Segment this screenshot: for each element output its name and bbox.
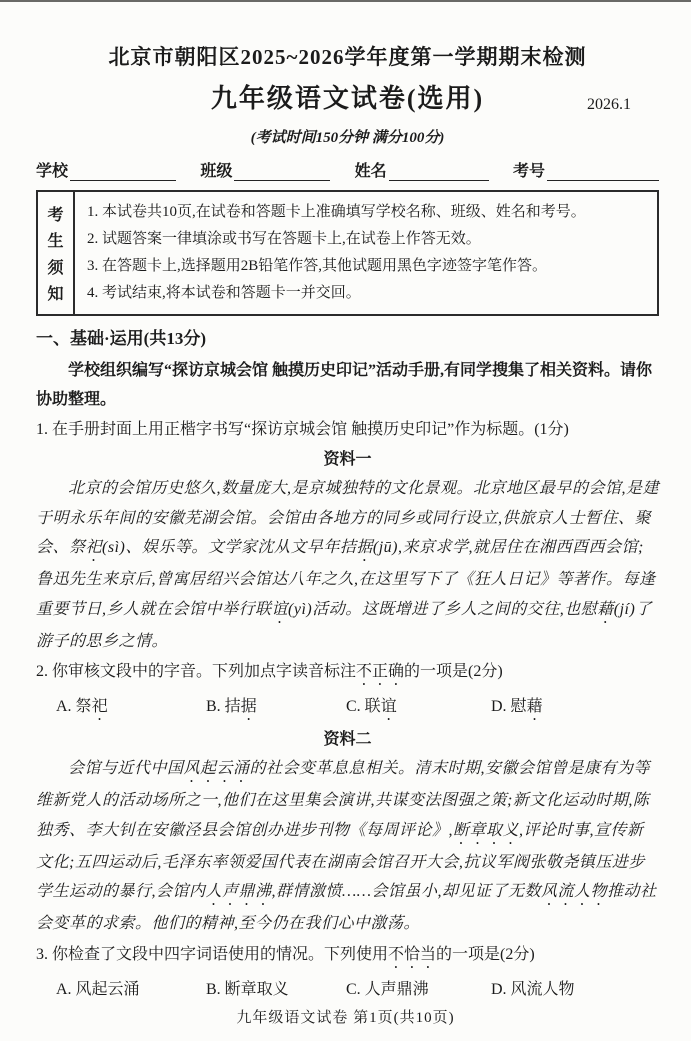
class-field: 班级 [200,158,330,181]
emphasized-text: 风流人物 [541,883,607,900]
emphasized-text: 藉 [597,601,614,618]
class-label: 班级 [200,158,232,181]
question-2-stem: 2. 你审核文段中的字音。下列加点字读音标注不正确的一项是(2分) [36,657,659,689]
material-1-title: 资料一 [36,445,659,474]
school-label: 学校 [36,158,68,181]
emphasized-text: 谊 [381,698,397,715]
notice-side-char: 须 [47,255,63,278]
school-field: 学校 [36,158,176,181]
notice-box: 考 生 须 知 1. 本试卷共10页,在试卷和答题卡上准确填写学校名称、班级、姓… [36,190,659,316]
text-segment: A. 祭 [56,698,92,715]
exam-number-field: 考号 [513,158,659,181]
scan-artifact-top-edge [0,0,691,2]
emphasized-text: 不恰当 [388,946,436,963]
name-field: 姓名 [355,158,489,181]
emphasized-text: 人声鼎沸 [206,883,272,900]
exam-number-blank-line [547,163,659,181]
text-segment: 的一项是(2分) [436,946,535,963]
question-2-option-d: D. 慰藉 [491,692,543,724]
class-blank-line [234,163,330,181]
material-2-text: 会馆与近代中国风起云涌的社会变革息息相关。清末时期,安徽会馆曾是康有为等维新党人… [36,754,659,939]
question-2-options: A. 祭祀 B. 拮据 C. 联谊 D. 慰藉 [36,692,659,724]
question-1: 1. 在手册封面上用正楷字书写“探访京城会馆 触摸历史印记”作为标题。(1分) [36,415,659,444]
question-3-option-d: D. 风流人物 [491,975,575,1004]
notice-item-1: 1. 本试卷共10页,在试卷和答题卡上准确填写学校名称、班级、姓名和考号。 [87,202,649,223]
question-3-option-b: B. 断章取义 [206,975,346,1004]
emphasized-text: 谊 [272,601,289,618]
emphasized-text: 祀 [86,539,103,556]
notice-item-4: 4. 考试结束,将本试卷和答题卡一并交回。 [87,283,649,304]
name-blank-line [389,163,489,181]
notice-side-char: 生 [47,228,63,251]
text-segment: 的一项是(2分) [404,663,503,680]
text-segment: B. 拮 [206,698,241,715]
student-info-row: 学校 班级 姓名 考号 [36,158,659,181]
question-2-option-b: B. 拮据 [206,692,346,724]
text-segment: (yì)活动。这既增进了乡人之间的交往,也慰 [288,601,597,618]
emphasized-text: 风起云涌 [184,760,250,777]
material-1-text: 北京的会馆历史悠久,数量庞大,是京城独特的文化景观。北京地区最早的会馆,是建于明… [36,474,659,656]
emphasized-text: 祀 [92,698,108,715]
text-segment: 2. 你审核文段中的字音。下列加点字读音标注 [36,663,356,680]
notice-item-3: 3. 在答题卡上,选择题用2B铅笔作答,其他试题用黑色字迹签字笔作答。 [87,256,649,277]
school-blank-line [70,163,176,181]
notice-side-label: 考 生 须 知 [38,192,75,314]
notice-items: 1. 本试卷共10页,在试卷和答题卡上准确填写学校名称、班级、姓名和考号。 2.… [75,192,657,314]
text-segment: D. 慰 [491,698,527,715]
question-2-option-a: A. 祭祀 [56,692,206,724]
emphasized-text: 据 [356,539,373,556]
exam-title: 北京市朝阳区2025~2026学年度第一学期期末检测 [36,44,659,70]
emphasized-text: 藉 [527,698,543,715]
exam-paper-page: 北京市朝阳区2025~2026学年度第一学期期末检测 九年级语文试卷(选用) 2… [0,0,691,1041]
page-content: 北京市朝阳区2025~2026学年度第一学期期末检测 九年级语文试卷(选用) 2… [36,44,659,1004]
question-2-option-c: C. 联谊 [346,692,491,724]
text-segment: C. 联 [346,698,381,715]
exam-duration-score: (考试时间150分钟 满分100分) [36,126,659,147]
question-3-stem: 3. 你检查了文段中四字词语使用的情况。下列使用不恰当的一项是(2分) [36,940,659,972]
emphasized-text: 断章取义 [453,822,519,839]
question-3-option-a: A. 风起云涌 [56,975,206,1004]
notice-side-char: 知 [47,281,63,304]
text-segment: ,群情激愤……会馆虽小,却见证了无数 [272,883,541,900]
exam-date: 2026.1 [587,96,631,114]
section-1-heading: 一、基础·运用(共13分) [36,326,659,352]
text-segment: 3. 你检查了文段中四字词语使用的情况。下列使用 [36,946,388,963]
emphasized-text: 据 [241,698,257,715]
intro-paragraph: 学校组织编写“探访京城会馆 触摸历史印记”活动手册,有同学搜集了相关资料。请你协… [36,356,659,414]
notice-item-2: 2. 试题答案一律填涂或书写在答题卡上,在试卷上作答无效。 [87,229,649,250]
emphasized-text: 不正确 [356,663,404,680]
question-3-option-c: C. 人声鼎沸 [346,975,491,1004]
question-3-options: A. 风起云涌 B. 断章取义 C. 人声鼎沸 D. 风流人物 [36,975,659,1004]
paper-title: 九年级语文试卷(选用) [211,84,484,113]
notice-side-char: 考 [47,202,63,225]
paper-title-row: 九年级语文试卷(选用) 2026.1 [36,81,659,117]
material-2-title: 资料二 [36,725,659,754]
name-label: 姓名 [355,158,387,181]
exam-number-label: 考号 [513,158,545,181]
text-segment: (sì)、娱乐等。文学家沈从文早年拮 [102,539,356,556]
text-segment: 会馆与近代中国 [68,760,184,777]
page-footer: 九年级语文试卷 第1页(共10页) [0,1006,691,1027]
